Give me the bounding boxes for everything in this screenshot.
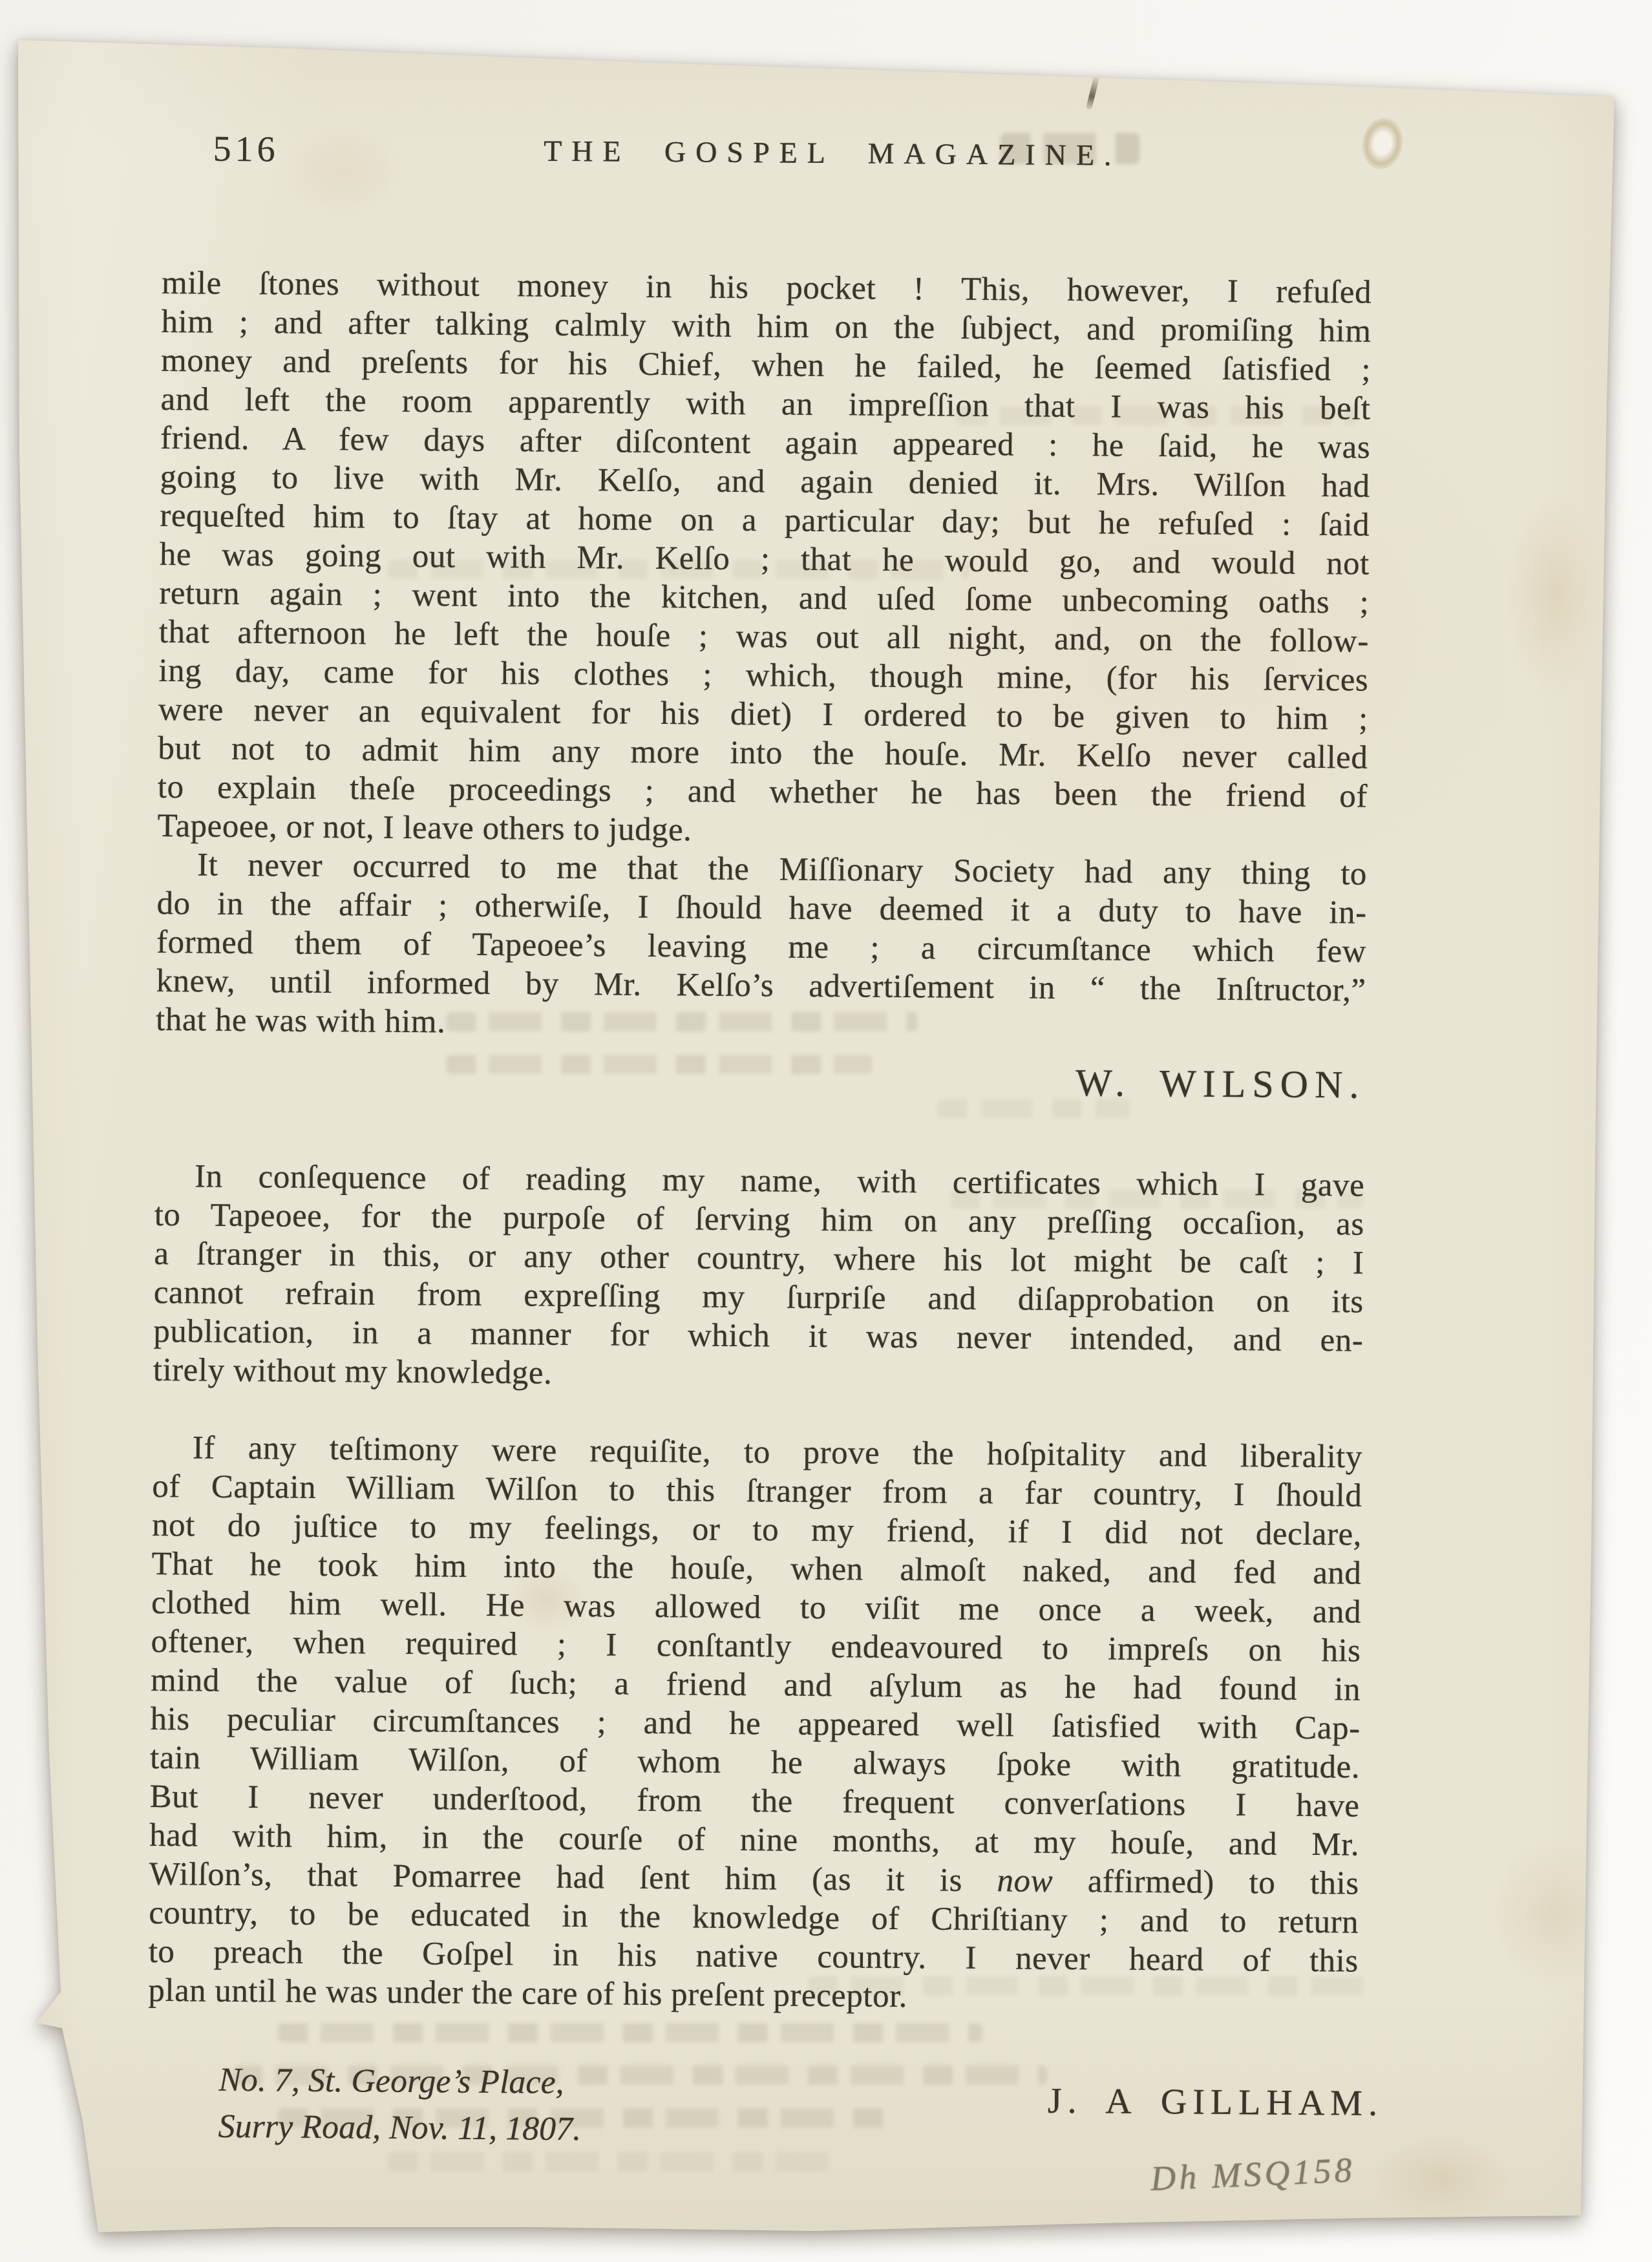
signature-gillham: J. A GILLHAM. <box>1048 2082 1384 2123</box>
paper-sheet: 516 THE GOSPEL MAGAZINE. mile ſtones wit… <box>0 0 1652 2262</box>
ink-fiber-mark <box>1086 76 1099 111</box>
foxing-stain <box>1487 1835 1616 1991</box>
scan-background: 516 THE GOSPEL MAGAZINE. mile ſtones wit… <box>0 0 1652 2262</box>
page-header: 516 THE GOSPEL MAGAZINE. <box>162 127 1373 183</box>
paragraph: It never occurred to me that the Miſſion… <box>156 845 1367 1049</box>
paragraph: mile ſtones without money in his pocket … <box>157 264 1371 855</box>
address-line: No. 7, St. George’s Place, <box>218 2057 582 2106</box>
closing-block: No. 7, St. George’s Place,Surry Road, No… <box>147 2056 1357 2159</box>
paragraph: In conſequence of reading my name, with … <box>153 1157 1365 1399</box>
show-through-text <box>388 2152 840 2172</box>
body-text: mile ſtones without money in his pocket … <box>147 264 1371 2159</box>
paper: 516 THE GOSPEL MAGAZINE. mile ſtones wit… <box>0 0 1652 2262</box>
signature-wilson: W. WILSON. <box>155 1056 1365 1105</box>
address-line: Surry Road, Nov. 11, 1807. <box>218 2104 581 2153</box>
paragraph: If any teſtimony were requiſite, to prov… <box>148 1428 1362 2020</box>
page-title: THE GOSPEL MAGAZINE. <box>228 131 1437 175</box>
page-content: 516 THE GOSPEL MAGAZINE. mile ſtones wit… <box>147 127 1373 2159</box>
foxing-stain <box>1506 491 1603 698</box>
address-block: No. 7, St. George’s Place,Surry Road, No… <box>147 2056 581 2153</box>
